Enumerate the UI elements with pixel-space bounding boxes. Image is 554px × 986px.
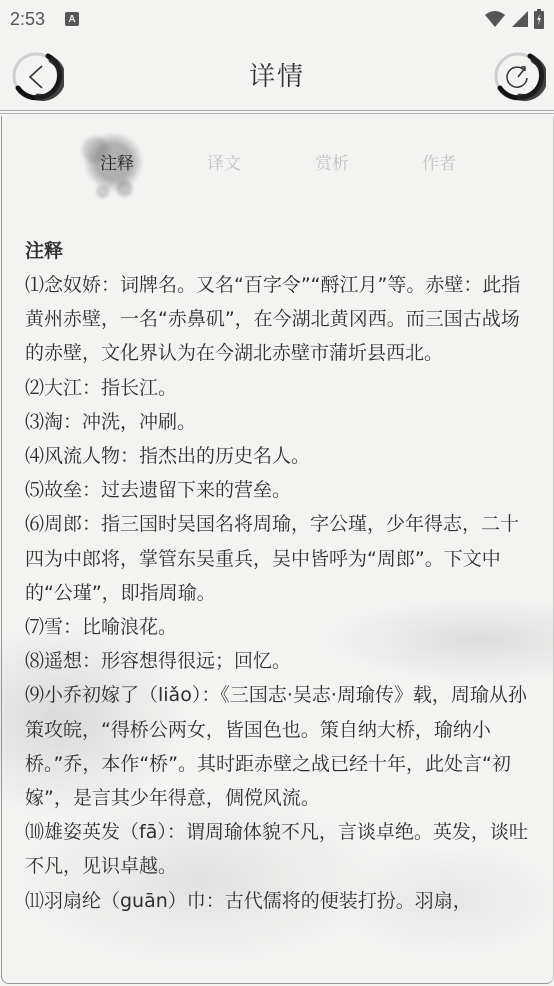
note-item: ⑵大江：指长江。 xyxy=(25,371,535,405)
status-bar: 2:53 A xyxy=(0,0,554,38)
note-item: ⑹周郎：指三国时吴国名将周瑜，字公瑾，少年得志，二十四为中郎将，掌管东吴重兵，吴… xyxy=(25,507,535,610)
signal-icon xyxy=(512,11,528,27)
tab-author[interactable]: 作者 xyxy=(399,146,479,182)
note-item: ⑼小乔初嫁了（liǎo）：《三国志·吴志·周瑜传》载，周瑜从孙策攻皖，“得桥公两… xyxy=(25,678,535,815)
page-title: 详情 xyxy=(0,56,554,93)
battery-charging-icon xyxy=(534,9,544,29)
note-item: ⑻遥想：形容想得很远；回忆。 xyxy=(25,644,535,678)
header-divider xyxy=(0,110,554,114)
tab-notes[interactable]: 注释 xyxy=(77,146,157,182)
note-item: ⑸故垒：过去遗留下来的营垒。 xyxy=(25,473,535,507)
status-icons xyxy=(484,9,544,29)
note-item: ⑺雪：比喻浪花。 xyxy=(25,610,535,644)
ink-circle-share-icon xyxy=(490,46,546,102)
status-time: 2:53 xyxy=(10,9,45,30)
note-item: ⑶淘：冲洗，冲刷。 xyxy=(25,405,535,439)
wifi-icon xyxy=(484,10,506,28)
note-item: ⑴念奴娇：词牌名。又名“百字令”“酹江月”等。赤壁：此指黄州赤壁，一名“赤鼻矶”… xyxy=(25,268,535,371)
note-item: ⑾羽扇纶（guān）巾：古代儒将的便装打扮。羽扇， xyxy=(25,884,535,918)
detail-card: 注释 译文 赏析 作者 注释 ⑴念奴娇：词牌名。又名“百字令”“酹江月”等。赤壁… xyxy=(1,116,554,984)
tab-translation[interactable]: 译文 xyxy=(184,146,264,182)
notification-a-icon: A xyxy=(65,12,79,26)
share-button[interactable] xyxy=(490,46,546,102)
notes-content: 注释 ⑴念奴娇：词牌名。又名“百字令”“酹江月”等。赤壁：此指黄州赤壁，一名“赤… xyxy=(25,234,535,918)
tab-bar: 注释 译文 赏析 作者 xyxy=(2,146,553,182)
tab-appreciation[interactable]: 赏析 xyxy=(292,146,372,182)
note-item: ⑷风流人物：指杰出的历史名人。 xyxy=(25,439,535,473)
section-heading: 注释 xyxy=(25,234,535,268)
header: 详情 xyxy=(0,38,554,110)
note-item: ⑽雄姿英发（fā）：谓周瑜体貌不凡，言谈卓绝。英发，谈吐不凡，见识卓越。 xyxy=(25,815,535,883)
